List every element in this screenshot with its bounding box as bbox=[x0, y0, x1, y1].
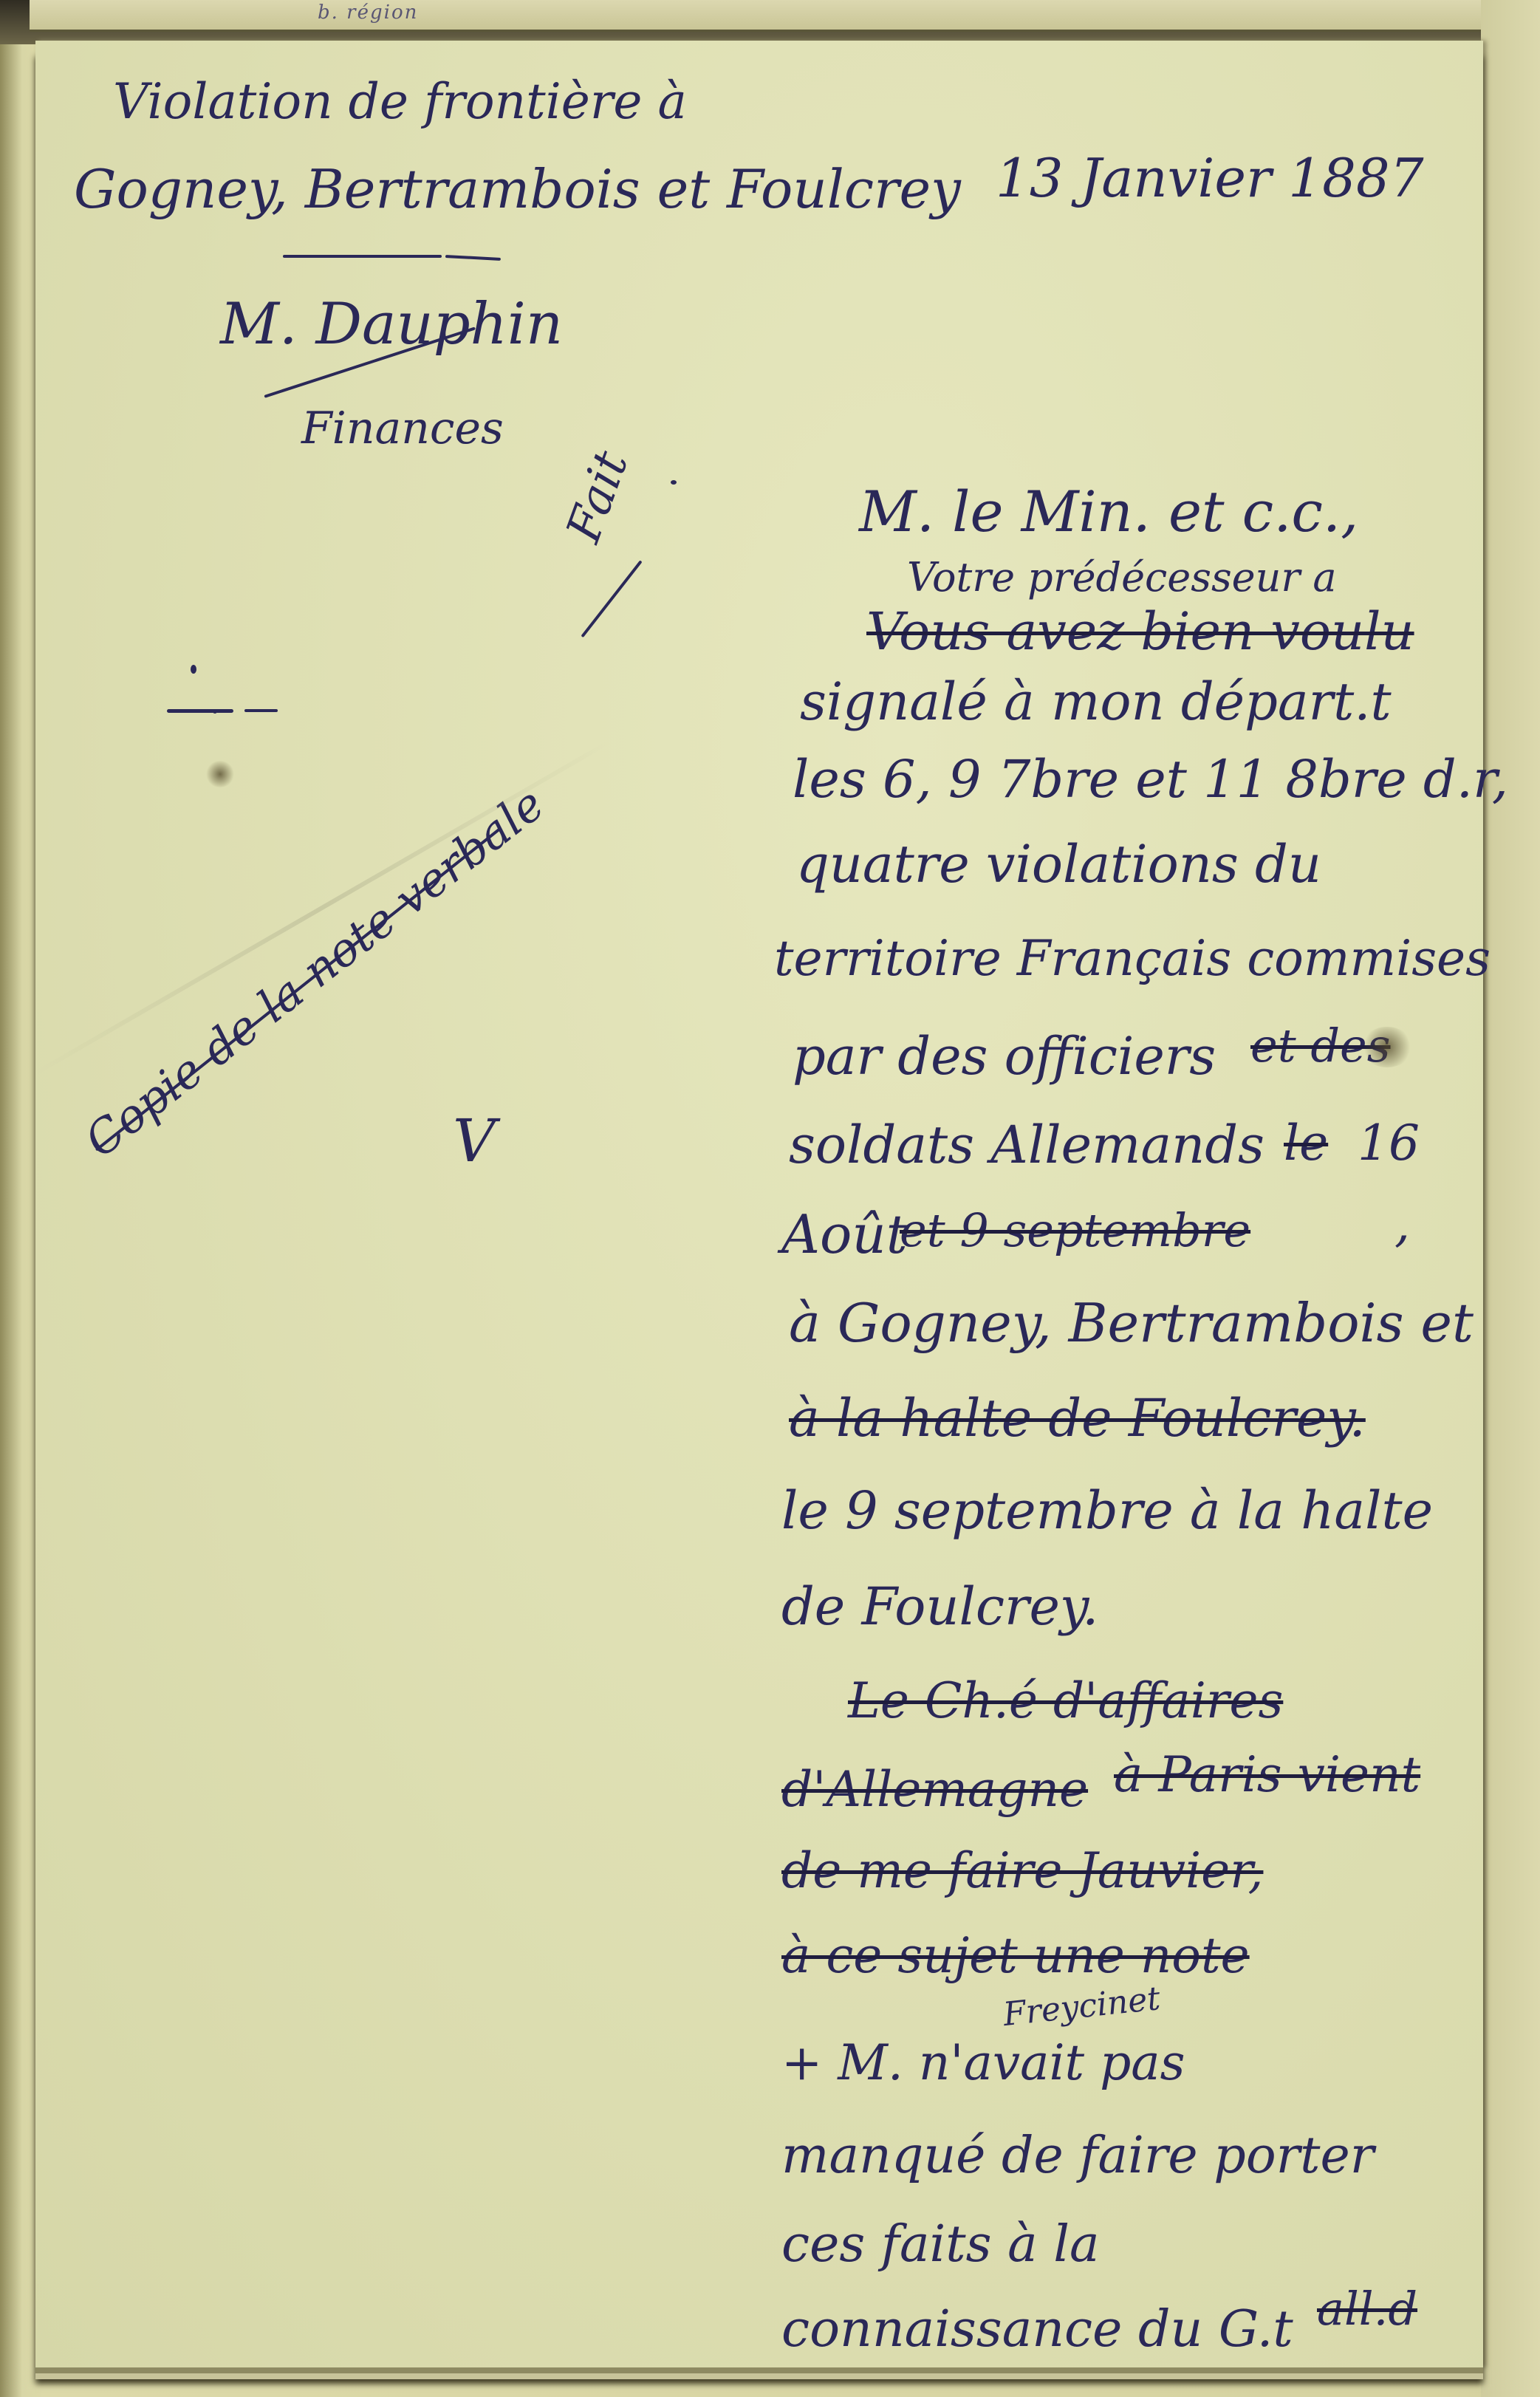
check-mark: V bbox=[453, 1112, 496, 1171]
body-line-struck: à Paris vient bbox=[1114, 1751, 1420, 1799]
body-line-struck: et 9 septembre bbox=[900, 1208, 1250, 1254]
body-line: connaissance du G.t bbox=[781, 2305, 1293, 2355]
body-line-struck: Vous avez bien voulu bbox=[866, 606, 1414, 657]
body-line-struck: Le Ch.é d'affaires bbox=[848, 1677, 1283, 1726]
body-line: quatre violations du bbox=[796, 838, 1321, 890]
body-line-struck: de me faire Jauvier, bbox=[781, 1847, 1263, 1895]
body-line: + M. n'avait pas bbox=[781, 2039, 1185, 2087]
body-line: soldats Allemands bbox=[789, 1119, 1264, 1171]
body-line: Votre prédécesseur a bbox=[907, 558, 1337, 598]
subject-underline-tail bbox=[445, 255, 501, 261]
body-line: les 6, 9 7bre et 11 8bre d.r, bbox=[793, 753, 1508, 805]
right-sheet-edge bbox=[1481, 0, 1540, 2397]
department-label: Finances bbox=[301, 406, 504, 451]
paper-stain bbox=[1361, 1027, 1413, 1067]
sheet-above-text: b. région bbox=[318, 1, 418, 24]
body-line-struck: à la halte de Foulcrey. bbox=[789, 1392, 1366, 1444]
body-line-struck: à ce sujet une note bbox=[781, 1932, 1250, 1980]
ink-spot bbox=[244, 709, 278, 712]
body-line: à Gogney, Bertrambois et bbox=[789, 1296, 1474, 1350]
ink-spot bbox=[213, 709, 217, 714]
body-line: territoire Français commises bbox=[774, 934, 1491, 983]
subject-line-1: Violation de frontière à bbox=[113, 78, 687, 126]
copy-note-underline bbox=[95, 827, 502, 1152]
document-date: 13 Janvier 1887 bbox=[996, 151, 1424, 205]
manuscript-page: Violation de frontière à Gogney, Bertram… bbox=[35, 41, 1483, 2367]
body-line-struck: d'Allemagne bbox=[781, 1765, 1088, 1814]
body-line: 16 bbox=[1358, 1119, 1420, 1168]
body-line-struck: all.d bbox=[1317, 2286, 1417, 2332]
subject-line-2: Gogney, Bertrambois et Foulcrey bbox=[74, 163, 961, 216]
body-line: de Foulcrey. bbox=[781, 1581, 1098, 1632]
body-line-struck: le bbox=[1284, 1119, 1328, 1168]
ink-spot bbox=[167, 709, 233, 713]
body-line: par des officiers bbox=[793, 1030, 1216, 1082]
body-line: ces faits à la bbox=[781, 2220, 1100, 2270]
ink-spot bbox=[671, 480, 677, 485]
salutation: M. le Min. et c.c., bbox=[859, 484, 1358, 540]
body-line: signalé à mon départ.t bbox=[800, 676, 1392, 728]
ink-blot bbox=[205, 761, 235, 787]
ink-spot bbox=[191, 665, 196, 674]
sheet-above: b. région bbox=[30, 0, 1540, 32]
recipient-name: M. Dauphin bbox=[220, 295, 563, 353]
subject-underline bbox=[283, 255, 442, 258]
fait-slash bbox=[581, 560, 642, 637]
body-line: manqué de faire porter bbox=[781, 2131, 1374, 2181]
body-line: , bbox=[1394, 1200, 1410, 1249]
body-line: le 9 septembre à la halte bbox=[781, 1485, 1433, 1536]
fait-mark: Fait bbox=[560, 445, 636, 548]
body-line: Août bbox=[781, 1208, 908, 1261]
interlinear-insertion: Freycinet bbox=[1002, 1983, 1162, 2031]
